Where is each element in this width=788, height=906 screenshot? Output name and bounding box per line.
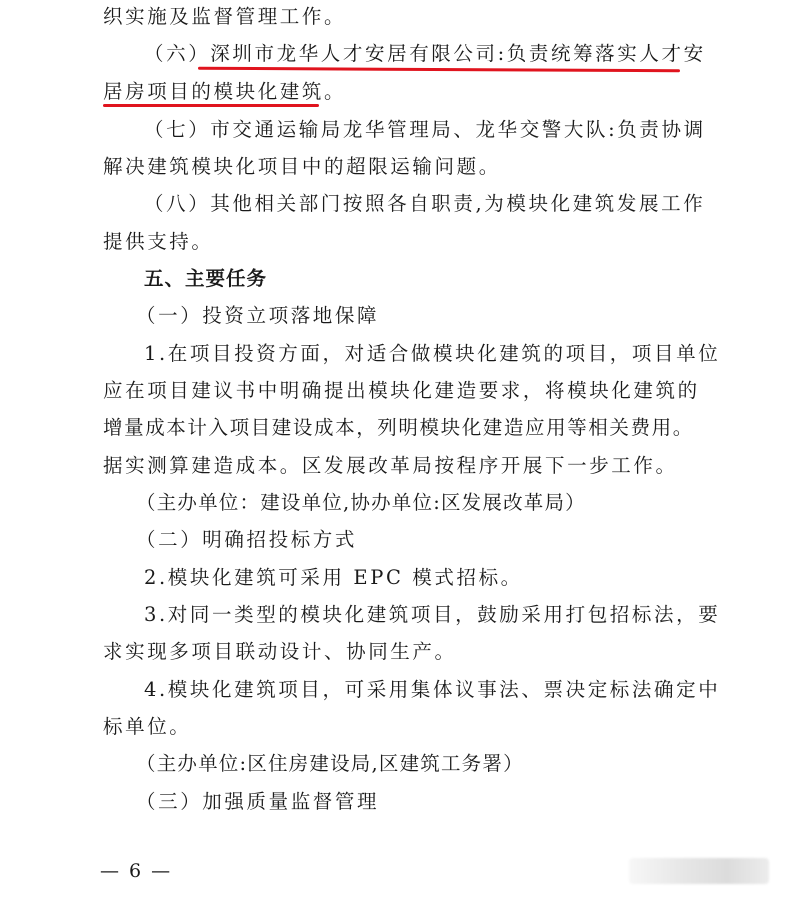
- paragraph-line: 提供支持。: [103, 229, 703, 255]
- paragraph-line: 3.对同一类型的模块化建筑项目，鼓励采用打包招标法，要: [144, 602, 744, 628]
- subsection-heading: （二）明确招投标方式: [136, 527, 736, 553]
- paragraph-line-highlighted: （六）深圳市龙华人才安居有限公司:负责统筹落实人才安: [144, 41, 744, 67]
- document-page: 织实施及监督管理工作。 （六）深圳市龙华人才安居有限公司:负责统筹落实人才安 居…: [0, 0, 788, 906]
- paragraph-line: （八）其他相关部门按照各自职责,为模块化建筑发展工作: [144, 191, 744, 217]
- paragraph-line: 织实施及监督管理工作。: [103, 4, 703, 30]
- paragraph-line: 求实现多项目联动设计、协同生产。: [103, 639, 703, 665]
- red-underline-annotation: [198, 67, 680, 73]
- subsection-heading: （三）加强质量监督管理: [136, 789, 736, 815]
- blurred-watermark: [629, 858, 769, 884]
- paragraph-line: 解决建筑模块化项目中的超限运输问题。: [103, 154, 703, 180]
- paragraph-line: 2.模块化建筑可采用 EPC 模式招标。: [144, 565, 744, 591]
- paragraph-line-highlighted: 居房项目的模块化建筑。: [103, 79, 703, 105]
- page-number: — 6 —: [100, 860, 172, 882]
- paragraph-line: 应在项目建议书中明确提出模块化建造要求，将模块化建筑的: [103, 378, 703, 404]
- paragraph-line: 标单位。: [103, 714, 703, 740]
- section-heading: 五、主要任务: [144, 266, 744, 292]
- paragraph-line: 1.在项目投资方面，对适合做模块化建筑的项目，项目单位: [144, 341, 744, 367]
- paragraph-line: （七）市交通运输局龙华管理局、龙华交警大队:负责协调: [144, 117, 744, 143]
- responsible-units-note: （主办单位:区住房建设局,区建筑工务署）: [136, 751, 736, 777]
- red-underline-annotation: [103, 104, 319, 107]
- paragraph-line: 4.模块化建筑项目，可采用集体议事法、票决定标法确定中: [144, 677, 744, 703]
- subsection-heading: （一）投资立项落地保障: [136, 303, 736, 329]
- paragraph-line: 增量成本计入项目建设成本，列明模块化建造应用等相关费用。: [103, 415, 703, 441]
- responsible-units-note: （主办单位：建设单位,协办单位:区发展改革局）: [136, 490, 736, 516]
- paragraph-line: 据实测算建造成本。区发展改革局按程序开展下一步工作。: [103, 453, 703, 479]
